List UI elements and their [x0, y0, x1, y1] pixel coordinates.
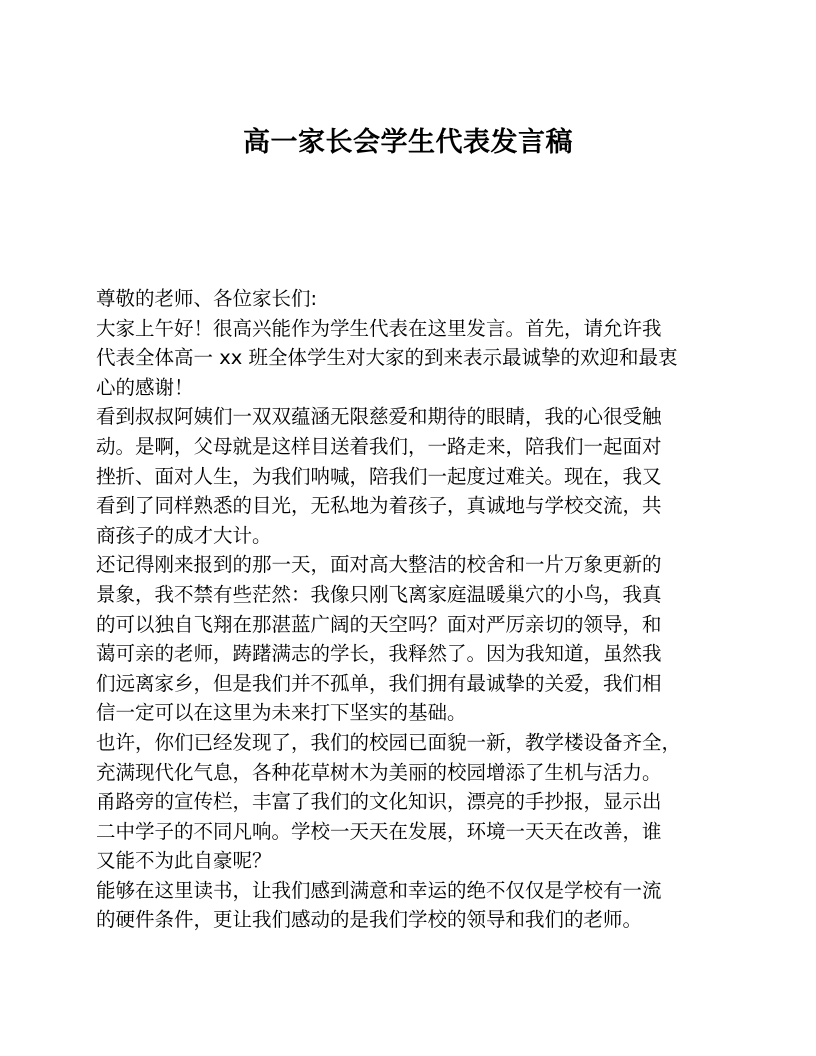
document-title: 高一家长会学生代表发言稿	[0, 120, 816, 159]
text-line: 大家上午好！很高兴能作为学生代表在这里发言。首先，请允许我	[96, 314, 736, 344]
text-line: 二中学子的不同凡响。学校一天天在发展，环境一天天在改善，谁	[96, 817, 736, 847]
text-line: 商孩子的成才大计。	[96, 521, 736, 551]
text-line: 动。是啊，父母就是这样目送着我们，一路走来，陪我们一起面对	[96, 432, 736, 462]
text-line: 信一定可以在这里为未来打下坚实的基础。	[96, 698, 736, 728]
text-line: 的可以独自飞翔在那湛蓝广阔的天空吗？面对严厉亲切的领导，和	[96, 610, 736, 640]
text-line: 挫折、面对人生，为我们呐喊，陪我们一起度过难关。现在，我又	[96, 462, 736, 492]
text-line: 又能不为此自豪呢？	[96, 846, 736, 876]
document-body: 尊敬的老师、各位家长们: 大家上午好！很高兴能作为学生代表在这里发言。首先，请允…	[96, 284, 736, 935]
text-line: 代表全体高一 xx 班全体学生对大家的到来表示最诚挚的欢迎和最衷	[96, 343, 736, 373]
text-line: 景象，我不禁有些茫然：我像只刚飞离家庭温暖巢穴的小鸟，我真	[96, 580, 736, 610]
text-line: 们远离家乡，但是我们并不孤单，我们拥有最诚挚的关爱，我们相	[96, 669, 736, 699]
text-line: 蔼可亲的老师，踌躇满志的学长，我释然了。因为我知道，虽然我	[96, 639, 736, 669]
text-line: 也许，你们已经发现了，我们的校园已面貌一新，教学楼设备齐全，	[96, 728, 736, 758]
text-line: 能够在这里读书，让我们感到满意和幸运的绝不仅仅是学校有一流	[96, 876, 736, 906]
text-line: 心的感谢！	[96, 373, 736, 403]
text-line: 看到了同样熟悉的目光，无私地为着孩子，真诚地与学校交流，共	[96, 491, 736, 521]
text-line: 尊敬的老师、各位家长们:	[96, 284, 736, 314]
text-line: 的硬件条件，更让我们感动的是我们学校的领导和我们的老师。	[96, 905, 736, 935]
text-line: 还记得刚来报到的那一天，面对高大整洁的校舍和一片万象更新的	[96, 550, 736, 580]
text-line: 甬路旁的宣传栏，丰富了我们的文化知识，漂亮的手抄报，显示出	[96, 787, 736, 817]
text-line: 看到叔叔阿姨们一双双蕴涵无限慈爱和期待的眼睛，我的心很受触	[96, 402, 736, 432]
text-line: 充满现代化气息，各种花草树木为美丽的校园增添了生机与活力。	[96, 758, 736, 788]
